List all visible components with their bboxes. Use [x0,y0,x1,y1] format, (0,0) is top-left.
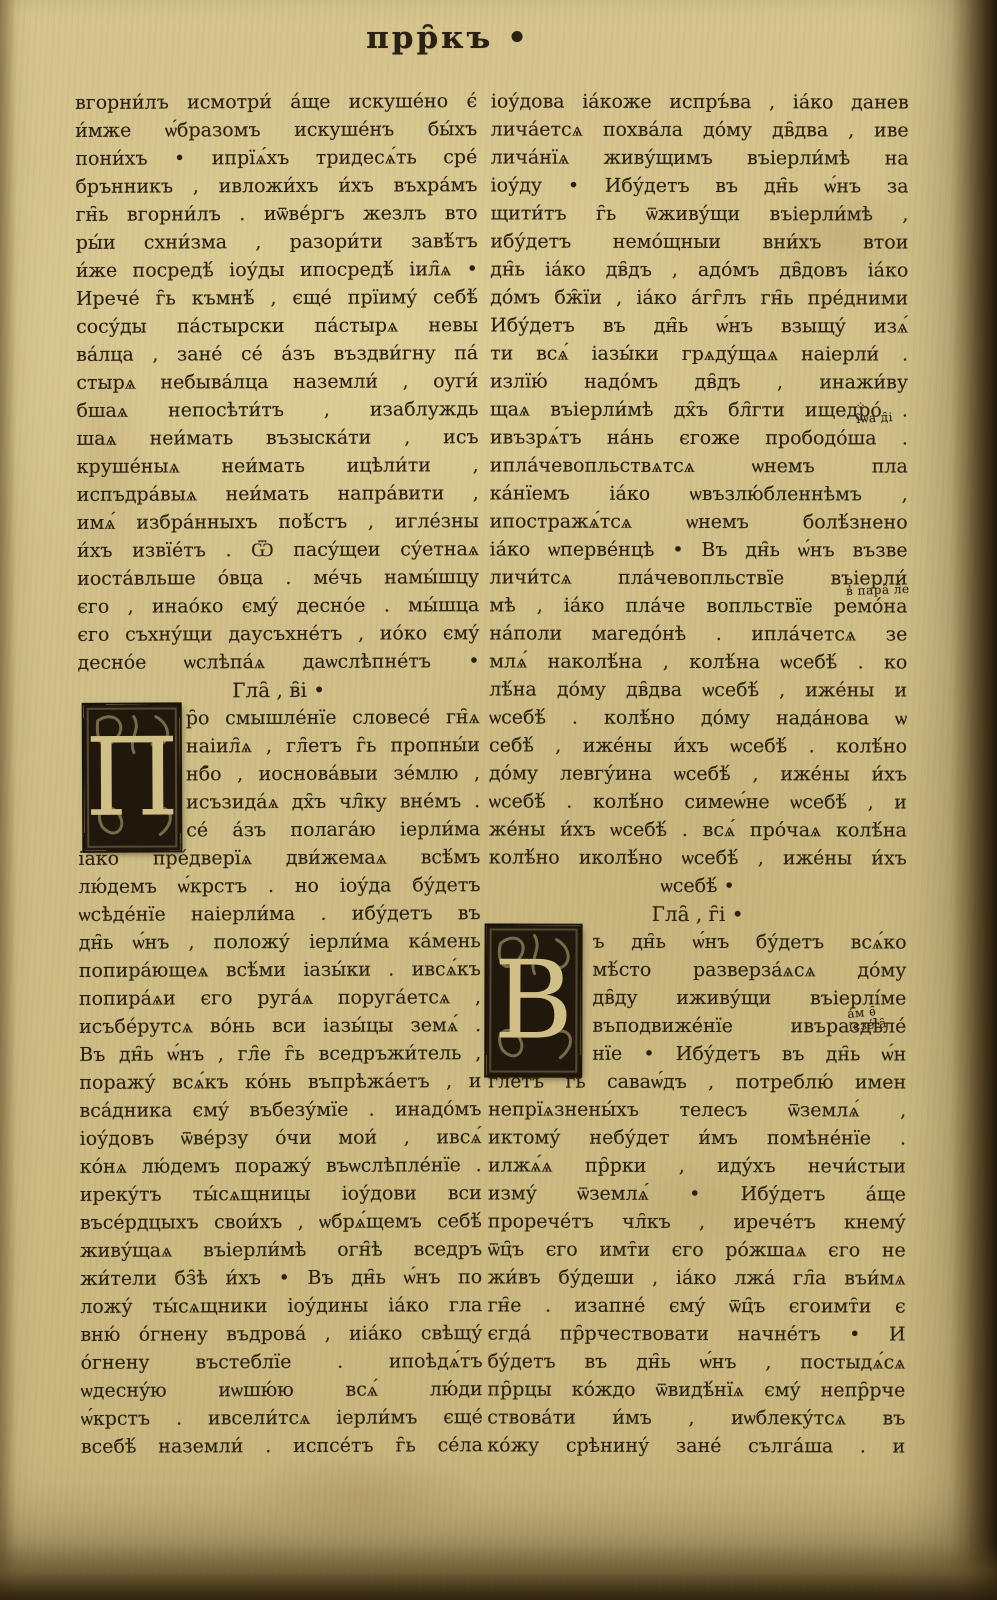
text-line: гн̑е . изапне́ єму́ ѿц̑ъ єгоимт̑и є [488,1291,906,1320]
text-line: нб̑о , иоснова́выи зе́млю , [186,759,480,788]
woodcut-initial-icon: В [486,925,580,1075]
text-line: вса́дника єму́ въбезу́мїе . инадо́мъ [79,1095,481,1125]
text-line: до́му левгу́ина ѡсебѣ́ , иже́ны и́хъ [489,759,907,788]
text-line: ствова́ти и́мъ , иѡблеку́тсѧ въ [487,1403,905,1432]
text-line: стырѧ небыва́лца наземли́ , оуги́ [76,367,478,397]
text-line: изму́ ѿземлѧ́ • Ибу́детъ а́ще [488,1179,906,1208]
text-line: лю́демъ ѡ́крстъ . но іоу́да бу́детъ [78,871,480,901]
text-line: же́ны и́хъ ѡсебѣ́ . всѧ́ про́чаѧ колѣ́на [489,815,907,844]
text-line: поражу́ всѧ́къ ко́нь въпрѣжа́етъ , и [79,1067,481,1097]
text-line: сосу́ды па́стырски па́стырѧ невы [76,311,478,341]
ornate-initial-V: В [486,925,580,1075]
page-edge-bottom [0,1544,997,1600]
right-column-text: іоу́дова іа́коже испръ́ва , іа́ко даневл… [487,87,909,1460]
text-line: себѣ́ , иже́ны и́хъ ѡсебѣ́ . колѣ́но [489,731,907,760]
right-column: В іоу́дова іа́коже испръ́ва , іа́ко дане… [487,87,909,1460]
text-line: пони́хъ • ипрїѧ́хъ тридесѧ́ть сре́ [75,143,477,173]
text-line: жи́тели бз̑ѣ и́хъ • Въ дн̑ь ѡ́нъ по [80,1263,482,1293]
text-line: гн̑ь вгорни́лъ . иѿве́ргъ жезлъ вто [75,199,477,229]
text-line: вню́ о́гнену въдрова́ , иіа́ко свѣщу́ [80,1319,482,1349]
text-line: ва́лца , зане́ се́ а́зъ въздви́гну па́ [76,339,478,369]
text-line: ѡсебѣ́ • [489,871,907,900]
text-line: излїю́ надо́мъ дв̑дъ , инажи́ву [490,367,908,396]
text-line: ко́нѧ лю́демъ поражу́ въѡслѣпле́нїе . [80,1151,482,1181]
text-line: живу́щаѧ въіерли́мѣ огн̑ѣ вседръ [80,1235,482,1265]
text-line: щаѧ въіерли́мѣ дх̑ъ бл̑гти ищедро́ . [490,395,908,424]
text-line: вгорни́лъ исмотри́ а́ще искуше́но є́ [75,87,477,117]
svg-text:В: В [494,938,574,1063]
text-line: Гла̑ , в̑і • [78,675,480,705]
text-line: въсе́рдцыхъ свои́хъ , ѡбрѧ́щемъ себѣ́ [80,1207,482,1237]
text-line: нїе • Ибу́детъ въ дн̑ь ѡ́н [592,1040,906,1069]
margin-note-paralipomenon-reference: в̾ пара̑ л̑е [846,583,910,598]
text-line: попира́ѧи єго руга́ѧ поруга́етсѧ , [79,983,481,1013]
text-line: ка́нїемъ іа́ко ѡвъзлю́бленнѣмъ , [490,479,908,508]
margin-note-ezekiel-reference: а́м ѳ̑ієзе́ а̑ [847,1004,888,1034]
text-line: жи́въ бу́деши , іа́ко лжа́ гл̑а въи́мѧ [488,1263,906,1292]
svg-text:П: П [85,715,180,840]
text-line: щити́тъ г̑ь ѿживу́щи въіерли́мѣ , [490,199,908,228]
text-line: прорече́тъ чл̑къ , ирече́тъ кнему́ [488,1207,906,1236]
text-line: колѣ́но иколѣ́но ѡсебѣ́ , иже́ны и́хъ [489,843,907,872]
text-line: дн̑ь іа́ко дв̑дъ , адо́мъ дв̑довъ іа́ко [490,255,908,284]
text-line: се́ а́зъ полага́ю іерли́ма [186,815,480,844]
text-line: ѡсебѣ́ . колѣ́но до́му нада́нова ѡ [489,703,907,732]
text-line: млѧ́ наколѣ́на , колѣ́на ѡсебѣ́ . ко [489,647,907,676]
text-line: испъдра́выѧ неи́мать напра́вити , [77,479,479,509]
text-line: и́хъ извїе́тъ . Ѿ пасу́щеи су́етнаѧ [77,535,479,565]
text-line: имѧ́ избра́нныхъ поѣ́стъ , игле́зны [77,507,479,537]
text-line: Гла̑ , г̑і • [489,899,907,928]
text-line: шаѧ неи́мать възыска́ти , исъ [76,423,478,453]
text-line: иктому́ небу́дет и́мъ помѣне́нїе . [488,1123,906,1152]
text-line: десно́е ѡслѣпа́ѧ даѡслѣпне́тъ • [77,647,479,677]
text-line: іоу́довъ ѿве́рзу о́чи мои́ , ивсѧ́ [80,1123,482,1153]
page-edge-left [0,0,16,1600]
text-line: мѣ , іа́ко пла́че вопльствїе ремо́на [489,591,907,620]
text-line: и́же посредѣ́ іоу́ды ипосредѣ́ іил̑ѧ • [76,255,478,285]
text-line: брънникъ , ивложи́хъ и́хъ въхра́мъ [75,171,477,201]
text-line: ѡдесну́ю иѡшю́ю всѧ́ лю́ди [81,1375,483,1405]
text-line: попира́ющеѧ всѣ́ми іазы́ки . ивсѧ́къ [79,955,481,985]
text-line: до́мъ бж̑їи , іа́ко а́гг̑лъ гн̑ь пре́дни… [490,283,908,312]
text-line: ипла́чевопльствѧтсѧ ѡнемъ пла [490,451,908,480]
text-line: єго съхну́щи даусъхне́тъ , ио́ко єму́ [77,619,479,649]
text-line: ко́жу срѣнину́ зане́ сълга́ша . и [487,1431,905,1460]
text-line: ѡсѣде́нїе наіерли́ма . ибу́детъ въ [79,899,481,929]
text-line: ры́и схни́зма , разори́ти завѣ́тъ [76,227,478,257]
text-line: ѡсебѣ́ . колѣ́но симеѡ́не ѡсебѣ́ , и [489,787,907,816]
text-line: ти всѧ́ іазы́ки грѧду́щаѧ наіерли́ . [490,339,908,368]
text-line: єго , инао́ко єму́ десно́е . мы́шца [77,591,479,621]
text-line: личи́тсѧ пла́чевопльствїе въіерли́ [489,563,907,592]
text-line: пр̑рцы ко́ждо ѿвидѣ́нїѧ єму́ непр̑рче [487,1375,905,1404]
running-title: прр̑къ • [0,20,918,56]
left-column: П вгорни́лъ исмотри́ а́ще искуше́но є́и́… [75,87,483,1461]
book-page: прр̑къ • П вгорни́лъ исмотри́ а́ще искуш… [0,0,997,1600]
text-line: ъ дн̑ь ѡ́нъ бу́детъ всѧ́ко [593,928,907,957]
text-line: илжѧ́ѧ пр̑рки , иду́хъ нечи́стыи [488,1151,906,1180]
text-line: ложу́ ты́сѧщники іоу́дины іа́ко гла [80,1291,482,1321]
text-line: исъбе́рутсѧ во́нь вси іазы́цы земѧ́ . [79,1011,481,1041]
text-line: Въ дн̑ь ѡ́нъ , гл̑е г̑ь вседръжи́тель , [79,1039,481,1069]
text-line: лича́етсѧ похва́ла до́му дв̑два , иве [491,115,909,144]
text-line: в̾ пара̑ л̑е [846,583,910,598]
text-line: єгда́ пр̑рчествовати начне́тъ • И [487,1319,905,1348]
ornate-initial-P: П [84,704,181,850]
text-line: ѿц̑ъ єго имт̑и єго ро́жшаѧ єго не [488,1235,906,1264]
paper-stain [240,1450,480,1540]
text-line: бу́детъ въ дн̑ь ѡ́нъ , постыдѧ́сѧ [487,1347,905,1376]
text-line: на́поли магедо́нѣ . ипла́четсѧ зе [489,619,907,648]
page-edge-right [951,0,997,1600]
margin-note-john-reference: ⁘і̑ѡа д̑і [855,398,893,426]
text-line: ѡ́крстъ . ивсели́тсѧ іерли́мъ єще́ [81,1403,483,1433]
text-line: бшаѧ непосѣти́тъ , изаблуждь [76,395,478,425]
text-line: лича́нїѧ живу́щимъ въіерли́мѣ на [491,143,909,172]
text-line: р̑о смышле́нїе словесе́ гн̑ѧ [186,703,480,732]
text-line: іа́ко ѡперве́нцѣ • Въ дн̑ь ѡ́нъ възве [490,535,908,564]
text-line: Ибу́детъ въ дн̑ь ѡ́нъ взыщу́ изѧ́ [490,311,908,340]
text-line: ибу́детъ немо́щныи вни́хъ втои [490,227,908,256]
text-line: непрїѧзнены́хъ телесъ ѿземлѧ́ , [488,1095,906,1124]
text-line: Ирече́ г̑ь къмнѣ́ , єще́ прїиму́ себѣ́ [76,283,478,313]
text-line: всебѣ́ наземли́ . испсе́тъ г̑ь се́ла [81,1431,483,1461]
woodcut-initial-icon: П [84,704,181,850]
text-line: лѣ́на до́му дв̑два ѡсебѣ́ , иже́ны и [489,675,907,704]
text-line: дн̑ь ѡ́нъ , положу́ іерли́ма ка́мень [79,927,481,957]
text-line: мѣ́сто разверза́ѧсѧ до́му [592,956,906,985]
text-line: о́гнену въстеблїе . ипоѣдѧ́тъ [81,1347,483,1377]
text-line: ивъзрѧ́тъ на́нь єгоже прободо́ша . [490,423,908,452]
text-line: ипостражѧ́тсѧ ѡнемъ болѣ́знено [490,507,908,536]
text-line: иоста́вльше о́вца . ме́чь намы́шцу [77,563,479,593]
text-line: и́мже ѡ́бразомъ искуше́нъ бы́хъ [75,115,477,145]
text-line: і̑ѡа д̑і [856,411,893,426]
text-line: иреку́тъ ты́сѧщницы іоу́дови вси [80,1179,482,1209]
text-line: іоу́ду • Ибу́детъ въ дн̑ь ѡ́нъ за [491,171,909,200]
text-line: исъзида́ѧ дх̑ъ чл̑ку вне́мъ . [186,787,480,816]
text-line: наіил̑ѧ , гл̑етъ г̑ь пропны́и [186,731,480,760]
text-line: іоу́дова іа́коже испръ́ва , іа́ко данев [491,87,909,116]
text-line: круше́ныѧ неи́мать ицѣли́ти , [77,451,479,481]
